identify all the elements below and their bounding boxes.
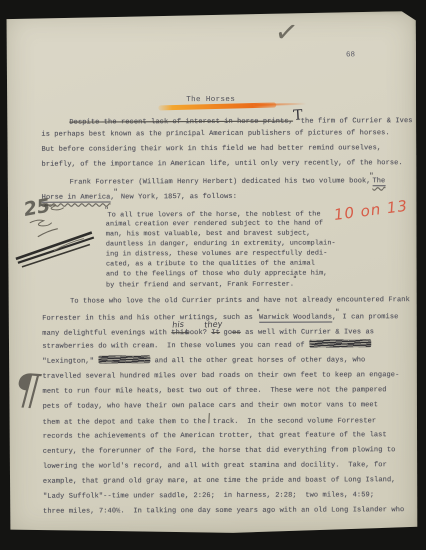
typed-text: man, his most valuable, best and bravest… [106, 230, 311, 239]
paragraph-mark-icon: ¶ [12, 364, 42, 415]
typed-text: is perhaps best known as the principal A… [41, 129, 389, 139]
typed-text: strawberries do with cream. In these vol… [42, 342, 309, 351]
typed-text: I can promise [338, 313, 398, 321]
text-line: pets of today, who have their own palace… [43, 398, 405, 415]
typed-text: Forrester in this and his other writings… [42, 314, 257, 323]
text-line: three miles, 7:40½. In talking one day s… [43, 503, 405, 520]
typed-text: To those who love the old Currier prints… [70, 296, 410, 305]
text-line: briefly, of the importance in American l… [41, 156, 403, 173]
typed-text: "Lexington," [42, 357, 98, 365]
body-paragraph: Despite the recent lack of interest in h… [41, 111, 403, 173]
typed-text: records the achievements of the American… [43, 431, 387, 441]
typed-text: New York, 1857, as follows: [117, 193, 237, 202]
text-line: ment to run four mile heats, best two ou… [42, 383, 404, 400]
struck-text: es [232, 329, 241, 337]
typed-text: the firm of Currier & Ives [301, 117, 413, 125]
text-line: is perhaps best known as the principal A… [41, 126, 403, 143]
body-paragraph: To those who love the old Currier prints… [42, 293, 405, 520]
typed-text: century, the forerunner of the Ford, the… [43, 446, 396, 456]
text-line: "Lady Suffolk"--time under saddle, 2:26;… [43, 488, 405, 505]
text-line: lowering the world's record, and all wit… [43, 458, 405, 475]
typed-text: example, that grand old gray mare, at on… [43, 476, 396, 486]
typed-text: and all the other great horses of other … [150, 356, 365, 365]
text-line: Forrester in this and his other writings… [42, 308, 404, 325]
typed-text: by their friend and servant, Frank Forre… [106, 281, 294, 290]
text-line: century, the forerunner of the Ford, the… [43, 443, 405, 460]
text-line: But before considering their work in thi… [41, 141, 403, 158]
typed-text: But before considering their work in thi… [41, 144, 381, 153]
typed-text: many delightful evenings with [42, 329, 171, 338]
manuscript-page: ✓ 68 The Horses Despite the recent lack … [5, 11, 418, 536]
inserted-quote-mark: " [370, 168, 374, 183]
inked-out-word [309, 339, 371, 347]
typed-text-body: Despite the recent lack of interest in h… [41, 111, 405, 520]
margin-pencil-cluster: 25 [14, 192, 118, 270]
typed-text: animal creation ever rendered subject to… [106, 220, 323, 229]
typed-text: "Lady Suffolk"--time under saddle, 2:26;… [43, 491, 374, 500]
text-line: travelled several hundred miles over bad… [42, 368, 404, 385]
typed-text: | [206, 412, 213, 427]
typed-text: The [372, 177, 385, 186]
page-number: 68 [346, 51, 355, 59]
inserted-quote-mark: " [335, 304, 339, 319]
typed-text: dauntless in danger, enduring in extremi… [106, 239, 336, 248]
text-line: records the achievements of the American… [43, 428, 405, 445]
margin-pencil-number: 25 [22, 195, 52, 221]
text-line: "Lexington," and all the other great hor… [42, 353, 404, 370]
text-line: by their friend and servant, Frank Forre… [106, 278, 341, 289]
inserted-quote-mark: " [293, 275, 297, 285]
dedication-quote: "To all true lovers of the horse, the no… [106, 208, 341, 289]
handwritten-correction: his [172, 317, 185, 333]
text-line: example, that grand old gray mare, at on… [43, 473, 405, 490]
typed-text: travelled several hundred miles over bad… [42, 371, 399, 381]
typed-text: as well with Currier & Ives as [241, 328, 374, 337]
typed-text: ment to run four mile heats, best two ou… [42, 386, 386, 396]
handwritten-correction: they [203, 316, 222, 332]
struck-text: Despite the recent lack of interest in h… [69, 118, 293, 127]
typed-text: briefly, of the importance in American l… [42, 159, 403, 169]
inked-out-word [98, 355, 150, 363]
inserted-quote-mark: " [256, 305, 260, 320]
pencil-check-mark: ✓ [273, 14, 301, 50]
typed-text: cated, as a tribute to the qualities of … [106, 260, 315, 269]
text-line: Despite the recent lack of interest in h… [41, 111, 403, 128]
handwritten-correction: T [293, 108, 303, 124]
typed-text: Warwick Woodlands [259, 313, 332, 322]
text-line: Frank Forrester (William Henry Herbert) … [42, 172, 404, 189]
typed-text: ing in distress, these volumes are respe… [106, 249, 328, 258]
typed-text: them at the depot and take them to the [43, 418, 206, 427]
typed-text: pets of today, who have their own palace… [43, 401, 378, 410]
text-line: strawberries do with cream. In these vol… [42, 338, 404, 355]
typed-text: three miles, 7:40½. In talking one day s… [43, 506, 404, 516]
text-line: them at the depot and take them to the|t… [43, 413, 405, 430]
text-line: and to the feelings of those who duly ap… [106, 268, 341, 279]
text-line: many delightful evenings with thishis bo… [42, 323, 404, 340]
text-line: To those who love the old Currier prints… [42, 293, 404, 310]
typed-text: track. In the second volume Forrester [213, 417, 376, 426]
typed-text: lowering the world's record, and all wit… [43, 461, 387, 471]
